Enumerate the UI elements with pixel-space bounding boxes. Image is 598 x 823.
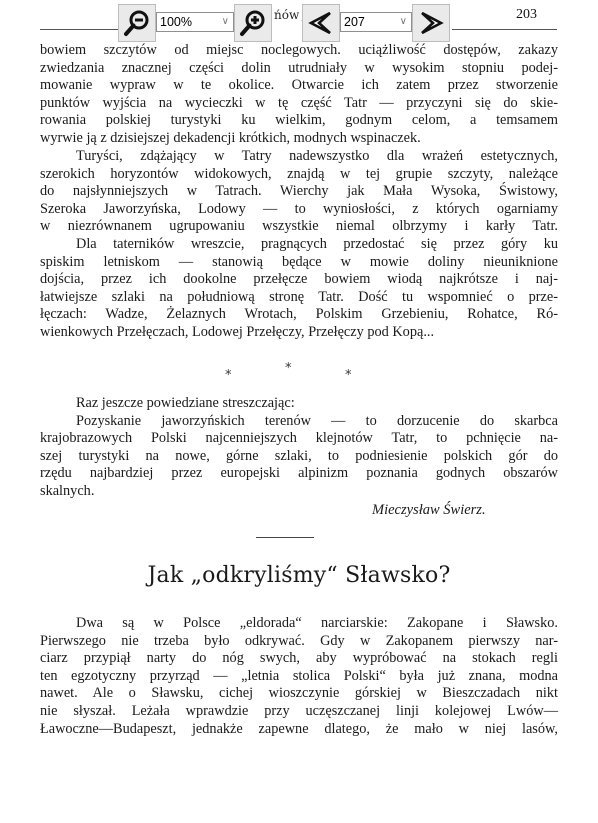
text-line: ten egzotyczny przyrząd — „letnia stolic… [40, 668, 558, 686]
zoom-in-button[interactable] [234, 4, 272, 42]
text-line: Dla taterników wreszcie, pragnących prze… [40, 236, 558, 254]
text-line: Dwa są w Polsce „eldorada“ narciarskie: … [40, 615, 558, 633]
text-line: Pierwszego nie trzeba było odkrywać. Gdy… [40, 633, 558, 651]
text-line: punktów wyjścia na wycieczki w tę część … [40, 95, 558, 113]
document-page: ńów ja 203 100% ∨ 207 ∨ b [0, 0, 598, 823]
text-line: Ławoczne—Budapeszt, jednakże zapewne dla… [40, 721, 558, 739]
text-line: skalnych. [40, 483, 558, 501]
header-rule-right [452, 29, 557, 30]
author-signature: Mieczysław Świerz. [372, 502, 486, 519]
text-line: Pozyskanie jaworzyńskich terenów — to do… [40, 413, 558, 431]
zoom-level-select[interactable]: 100% ∨ [156, 12, 234, 32]
text-line: mowanie wypraw w te okolice. Otwarcie ic… [40, 77, 558, 95]
page-select-value: 207 [344, 15, 365, 29]
text-line: nie słyszał. Leżała wprawdzie przy uczęs… [40, 703, 558, 721]
section-divider [256, 537, 314, 538]
asterism-star-right: * [345, 368, 352, 383]
text-line: zwiedzania znacznej części dolin utrudni… [40, 60, 558, 78]
header-rule-left [40, 29, 118, 30]
text-line: szerokich horyzontów widokowych, znajdą … [40, 166, 558, 184]
summary-intro: Raz jeszcze powiedziane streszczając: [40, 395, 558, 413]
text-line: łatwiejsze szlaki na południową stronę T… [40, 289, 558, 307]
text-line: bowiem szczytów od miejsc noclegowych. u… [40, 42, 558, 60]
text-line: rowania polskiej turystyki ku wielkim, g… [40, 112, 558, 130]
zoom-in-icon [238, 8, 268, 38]
text-line: nawet. Ale o Sławsku, cichej wioszczynie… [40, 685, 558, 703]
chevron-left-icon [306, 8, 336, 38]
text-line: łęczach: Wadze, Żelaznych Wrotach, Polsk… [40, 306, 558, 324]
asterism-star-left: * [225, 368, 232, 383]
text-line: Szeroka Jaworzyńska, Lodowy — to wyniosł… [40, 201, 558, 219]
paragraph-2: Turyści, zdążający w Tatry nadewszystko … [40, 148, 558, 236]
chevron-right-icon [416, 8, 446, 38]
paragraph-3: Dla taterników wreszcie, pragnących prze… [40, 236, 558, 342]
text-line: ciarz przypiął narty do nóg swych, aby w… [40, 650, 558, 668]
text-line: rzędu najbardziej przez europejski alpin… [40, 465, 558, 483]
zoom-out-icon [122, 8, 152, 38]
paragraph-1: bowiem szczytów od miejsc noclegowych. u… [40, 42, 558, 148]
text-line: w niezrównanem ugrupowaniu wszystkie nie… [40, 218, 558, 236]
text-line: krajobrazowych Polski najcenniejszych kl… [40, 430, 558, 448]
asterism-star-center: * [285, 361, 292, 376]
chevron-down-icon: ∨ [400, 13, 407, 31]
article-paragraph: Dwa są w Polsce „eldorada“ narciarskie: … [40, 615, 558, 738]
text-line: wyrwie ją z dzisiejszej dekadencji krótk… [40, 130, 558, 148]
text-line: Turyści, zdążający w Tatry nadewszystko … [40, 148, 558, 166]
text-line: do najsłynniejszych w Tatrach. Wierchy j… [40, 183, 558, 201]
text-line: dojścia, przez ich dookolne przełęcze bo… [40, 271, 558, 289]
page-number: 203 [516, 7, 537, 23]
article-title: Jak „odkryliśmy“ Sławsko? [0, 563, 598, 588]
text-line: spiskim letniskom — stanowią będące w mo… [40, 254, 558, 272]
page-select[interactable]: 207 ∨ [340, 12, 412, 32]
chevron-down-icon: ∨ [222, 13, 229, 31]
summary-block: Raz jeszcze powiedziane streszczając: Po… [40, 395, 558, 501]
next-page-button[interactable] [412, 4, 450, 42]
text-line: wienkowych Przełęczach, Lodowej Przełęcz… [40, 324, 558, 342]
zoom-level-value: 100% [160, 15, 192, 29]
previous-page-button[interactable] [302, 4, 340, 42]
text-line: szej turystyki na nowe, górne szlaki, to… [40, 448, 558, 466]
zoom-out-button[interactable] [118, 4, 156, 42]
